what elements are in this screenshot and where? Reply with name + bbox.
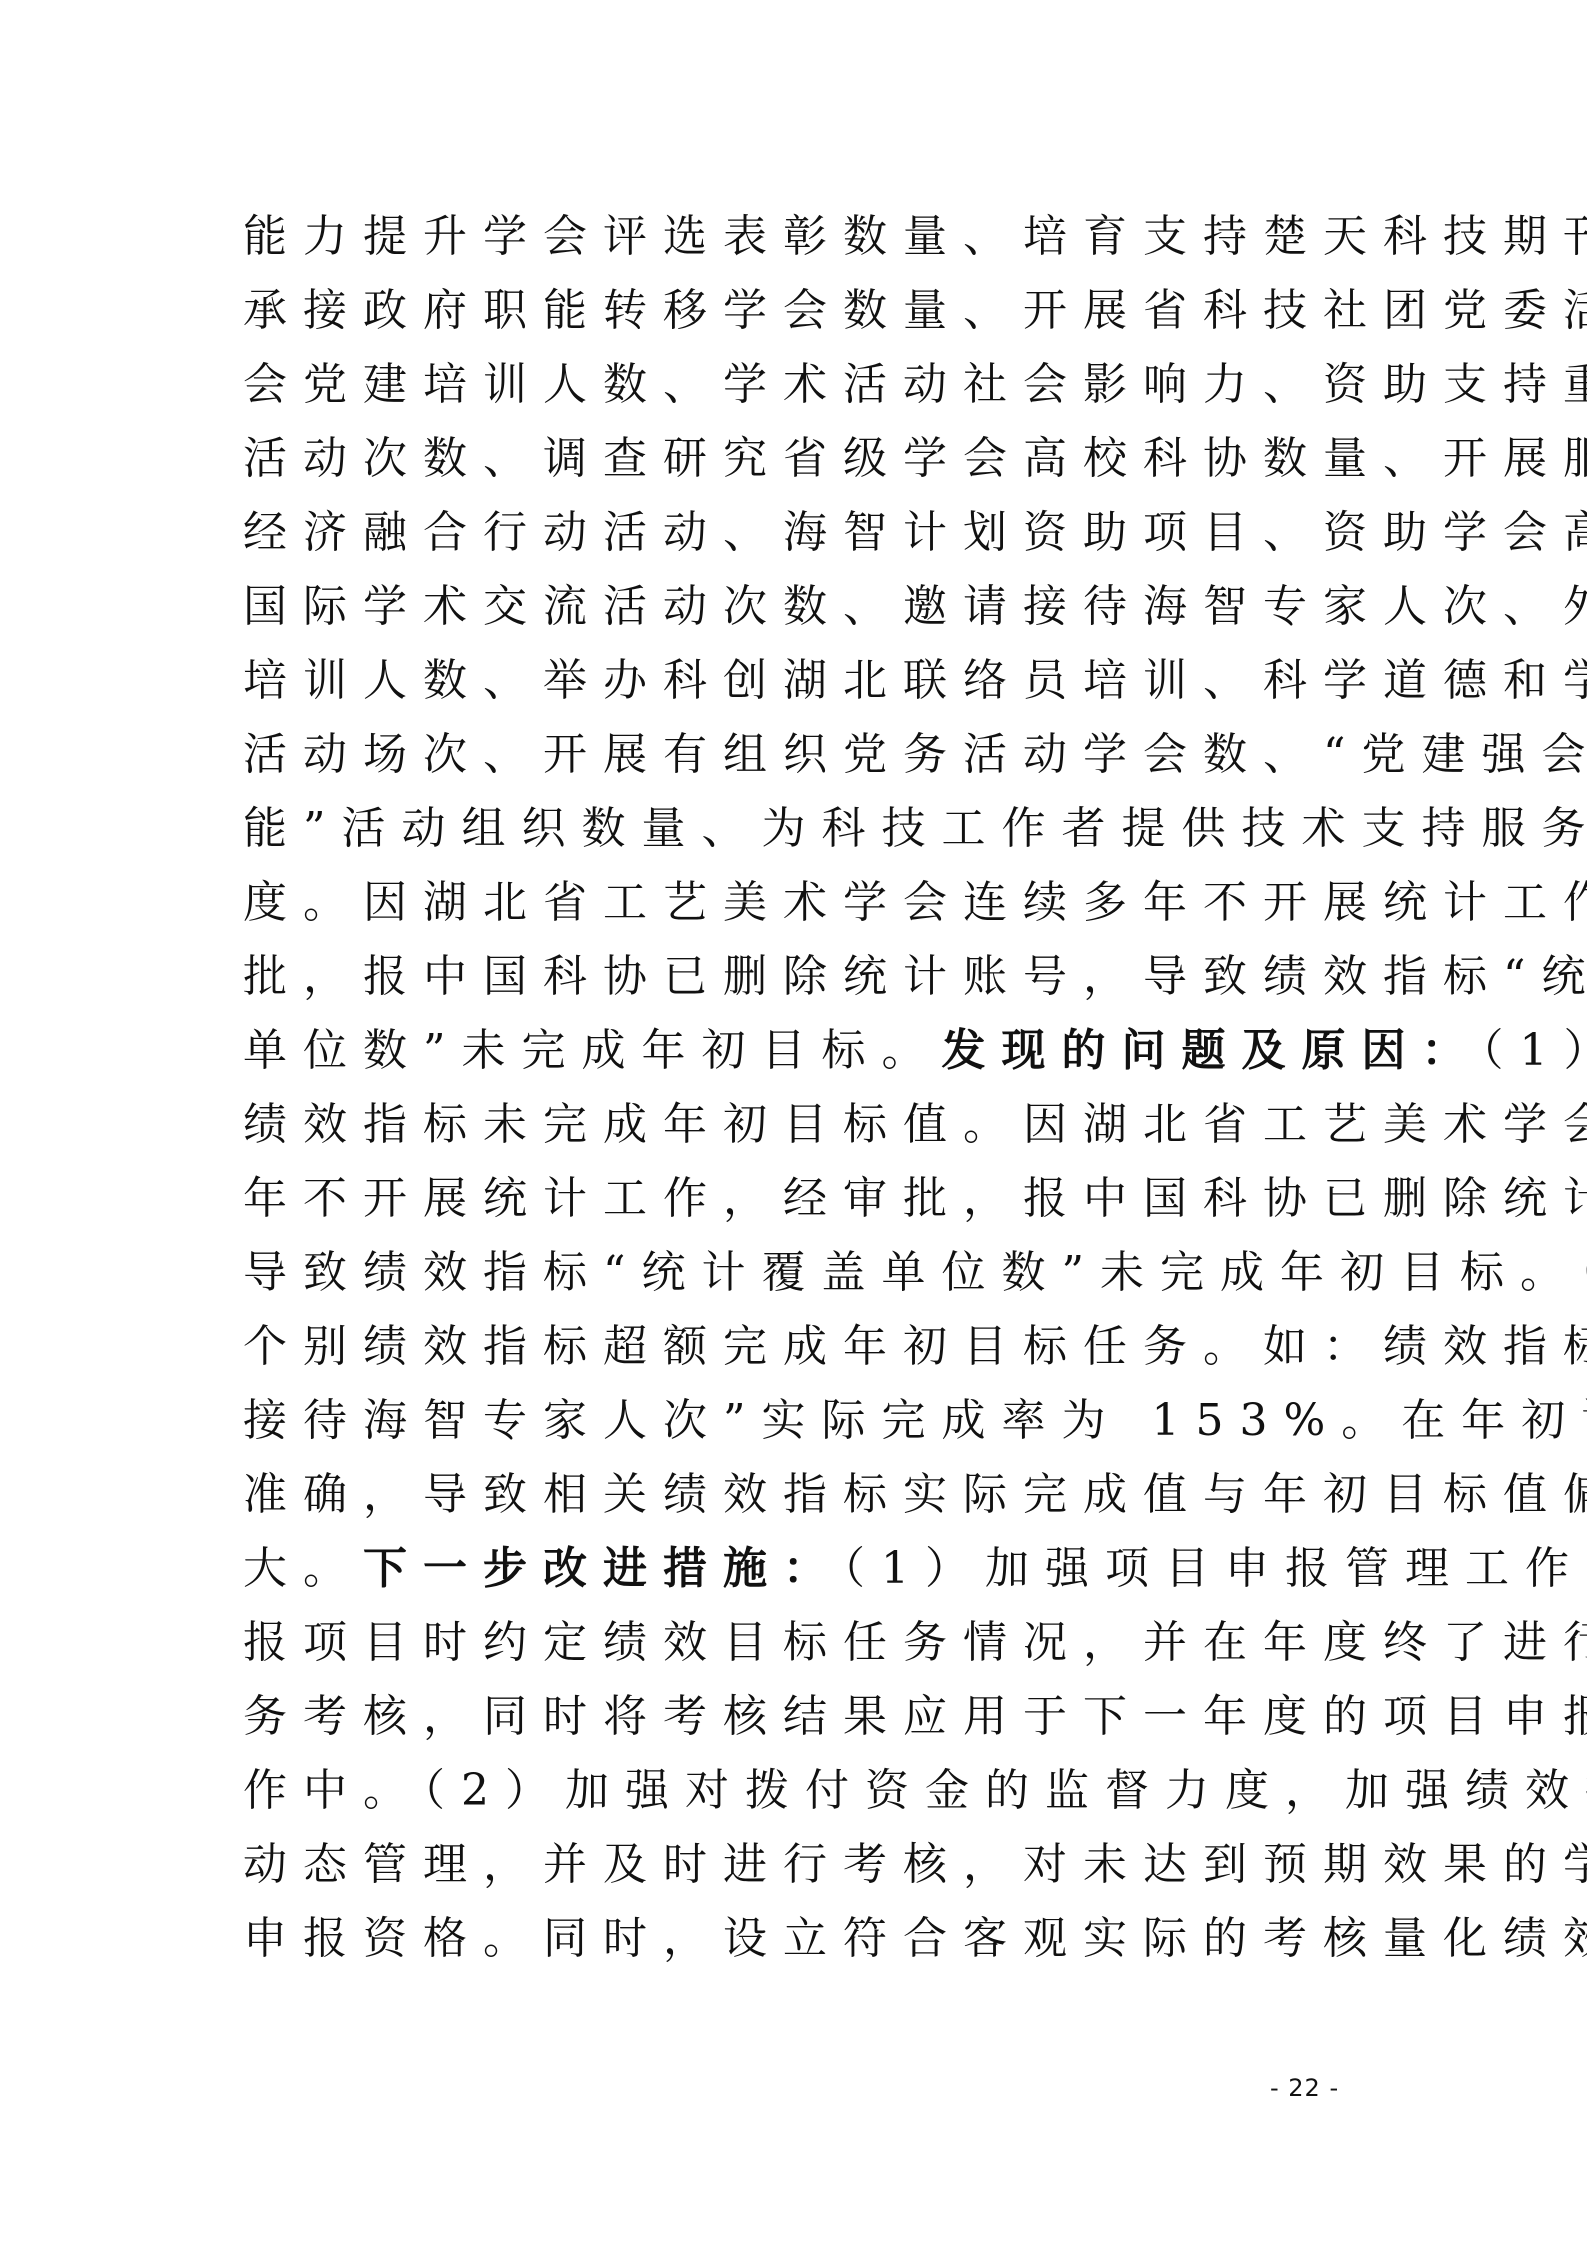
text-line: 活动次数、调查研究省级学会高校科协数量、开展服务科技	[243, 422, 1343, 496]
text-run: 个别绩效指标超额完成年初目标任务。如：绩效指标“邀请、	[243, 1321, 1587, 1372]
text-run: （1）个别	[1482, 1025, 1587, 1076]
body-paragraph: 能力提升学会评选表彰数量、培育支持楚天科技期刊数量、 承接政府职能转移学会数量、…	[243, 200, 1353, 1976]
text-line: 承接政府职能转移学会数量、开展省科技社团党委活动、学	[243, 274, 1343, 348]
section-heading-improvements: 下一步改进措施：	[363, 1543, 843, 1594]
text-line: 申报资格。同时，设立符合客观实际的考核量化绩效目标，	[243, 1902, 1343, 1976]
text-run: 作中。（2）加强对拨付资金的监督力度，加强绩效指标的	[243, 1765, 1587, 1816]
text-run: 批，报中国科协已删除统计账号，导致绩效指标“统计覆盖	[243, 951, 1587, 1002]
text-line: 单位数”未完成年初目标。发现的问题及原因：（1）个别	[243, 1014, 1343, 1088]
text-run: 接待海智专家人次”实际完成率为 153%。在年初设置时不够	[243, 1395, 1587, 1446]
text-line: 培训人数、举办科创湖北联络员培训、科学道德和学风宣讲	[243, 644, 1343, 718]
text-line: 国际学术交流活动次数、邀请接待海智专家人次、外事工作	[243, 570, 1343, 644]
text-run: 年不开展统计工作，经审批，报中国科协已删除统计账号，	[243, 1173, 1587, 1224]
text-run: 务考核，同时将考核结果应用于下一年度的项目申报评审工	[243, 1691, 1587, 1742]
text-run: 活动次数、调查研究省级学会高校科协数量、开展服务科技	[243, 433, 1587, 484]
text-run: 活动场次、开展有组织党务活动学会数、“党建强会红色赋	[243, 729, 1587, 780]
text-run: 动态管理，并及时进行考核，对未达到预期效果的学会暂停	[243, 1839, 1587, 1890]
text-run: 能力提升学会评选表彰数量、培育支持楚天科技期刊数量、	[243, 211, 1587, 262]
section-heading-problems: 发现的问题及原因：	[942, 1025, 1482, 1076]
document-page: 能力提升学会评选表彰数量、培育支持楚天科技期刊数量、 承接政府职能转移学会数量、…	[0, 0, 1587, 2245]
text-line: 能力提升学会评选表彰数量、培育支持楚天科技期刊数量、	[243, 200, 1343, 274]
text-run: 经济融合行动活动、海智计划资助项目、资助学会高校开展	[243, 507, 1587, 558]
text-line: 会党建培训人数、学术活动社会影响力、资助支持重点学术	[243, 348, 1343, 422]
text-line: 报项目时约定绩效目标任务情况，并在年度终了进行目标任	[243, 1606, 1343, 1680]
text-run: 能”活动组织数量、为科技工作者提供技术支持服务满意	[243, 803, 1587, 854]
text-line: 经济融合行动活动、海智计划资助项目、资助学会高校开展	[243, 496, 1343, 570]
text-run: 绩效指标未完成年初目标值。因湖北省工艺美术学会连续多	[243, 1099, 1587, 1150]
text-run: （1）加强项目申报管理工作，在申	[843, 1543, 1587, 1594]
text-line: 活动场次、开展有组织党务活动学会数、“党建强会红色赋	[243, 718, 1343, 792]
text-line: 接待海智专家人次”实际完成率为 153%。在年初设置时不够	[243, 1384, 1343, 1458]
text-run: 单位数”未完成年初目标。	[243, 1025, 942, 1076]
text-run: 会党建培训人数、学术活动社会影响力、资助支持重点学术	[243, 359, 1587, 410]
text-line: 务考核，同时将考核结果应用于下一年度的项目申报评审工	[243, 1680, 1343, 1754]
text-line: 批，报中国科协已删除统计账号，导致绩效指标“统计覆盖	[243, 940, 1343, 1014]
text-run: 国际学术交流活动次数、邀请接待海智专家人次、外事工作	[243, 581, 1587, 632]
text-run: 导致绩效指标“统计覆盖单位数”未完成年初目标。（2）	[243, 1247, 1587, 1298]
text-run: 大。	[243, 1543, 363, 1594]
text-line: 度。因湖北省工艺美术学会连续多年不开展统计工作，经审	[243, 866, 1343, 940]
text-line: 年不开展统计工作，经审批，报中国科协已删除统计账号，	[243, 1162, 1343, 1236]
text-run: 度。因湖北省工艺美术学会连续多年不开展统计工作，经审	[243, 877, 1587, 928]
text-line: 个别绩效指标超额完成年初目标任务。如：绩效指标“邀请、	[243, 1310, 1343, 1384]
text-line: 准确，导致相关绩效指标实际完成值与年初目标值偏差较	[243, 1458, 1343, 1532]
text-line: 作中。（2）加强对拨付资金的监督力度，加强绩效指标的	[243, 1754, 1343, 1828]
text-line: 大。下一步改进措施：（1）加强项目申报管理工作，在申	[243, 1532, 1343, 1606]
text-run: 培训人数、举办科创湖北联络员培训、科学道德和学风宣讲	[243, 655, 1587, 706]
text-run: 申报资格。同时，设立符合客观实际的考核量化绩效目标，	[243, 1913, 1587, 1964]
text-line: 绩效指标未完成年初目标值。因湖北省工艺美术学会连续多	[243, 1088, 1343, 1162]
text-line: 动态管理，并及时进行考核，对未达到预期效果的学会暂停	[243, 1828, 1343, 1902]
page-number: - 22 -	[1270, 2074, 1339, 2102]
text-run: 报项目时约定绩效目标任务情况，并在年度终了进行目标任	[243, 1617, 1587, 1668]
text-line: 能”活动组织数量、为科技工作者提供技术支持服务满意	[243, 792, 1343, 866]
text-run: 准确，导致相关绩效指标实际完成值与年初目标值偏差较	[243, 1469, 1587, 1520]
text-line: 导致绩效指标“统计覆盖单位数”未完成年初目标。（2）	[243, 1236, 1343, 1310]
text-run: 承接政府职能转移学会数量、开展省科技社团党委活动、学	[243, 285, 1587, 336]
